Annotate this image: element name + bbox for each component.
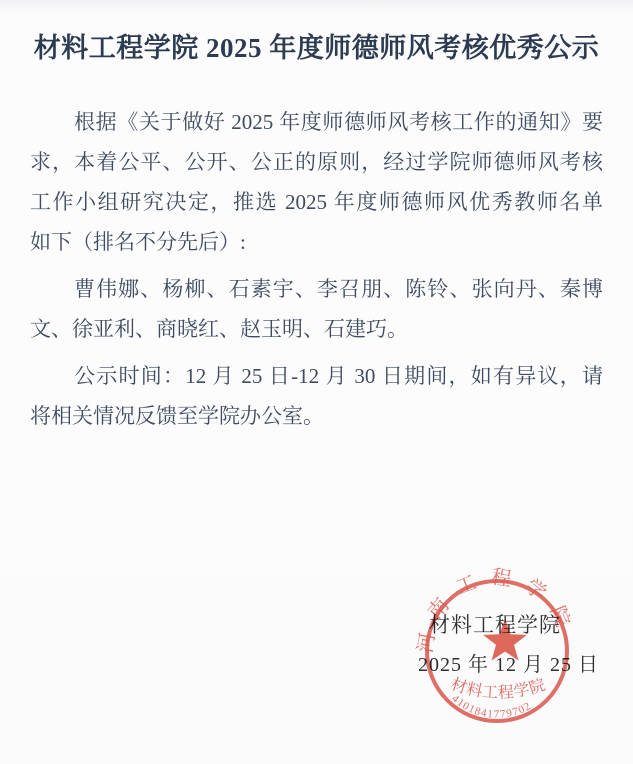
body-line: 工作小组研究决定，推选 2025 年度师德师风优秀教师名单 — [30, 182, 603, 222]
signature-date: 2025 年 12 月 25 日 — [418, 648, 599, 677]
document-body: 根据《关于做好 2025 年度师德师风考核工作的通知》要 求，本着公平、公开、公… — [30, 102, 603, 436]
body-line-names: 曹伟娜、杨柳、石素宇、李召朋、陈铃、张向丹、秦博 — [30, 269, 603, 309]
body-line-names: 文、徐亚利、商晓红、赵玉明、石建巧。 — [30, 309, 603, 349]
svg-text:材料工程学院: 材料工程学院 — [449, 675, 548, 702]
body-line: 根据《关于做好 2025 年度师德师风考核工作的通知》要 — [30, 102, 603, 142]
body-line: 如下（排名不分先后）: — [30, 222, 603, 262]
seal-department-text: 材料工程学院 — [449, 675, 548, 702]
body-line-publicity: 将相关情况反馈至学院办公室。 — [30, 396, 603, 436]
signature-org: 材料工程学院 — [429, 609, 569, 639]
body-line-publicity: 公示时间：12 月 25 日-12 月 30 日期间，如有异议，请 — [30, 356, 603, 396]
document-page: 材料工程学院 2025 年度师德师风考核优秀公示 根据《关于做好 2025 年度… — [0, 0, 633, 764]
seal-code-text: 4101841779702 — [449, 693, 533, 721]
svg-text:4101841779702: 4101841779702 — [449, 693, 533, 721]
document-title: 材料工程学院 2025 年度师德师风考核优秀公示 — [0, 26, 633, 65]
body-line: 求，本着公平、公开、公正的原则，经过学院师德师风考核 — [30, 142, 603, 182]
